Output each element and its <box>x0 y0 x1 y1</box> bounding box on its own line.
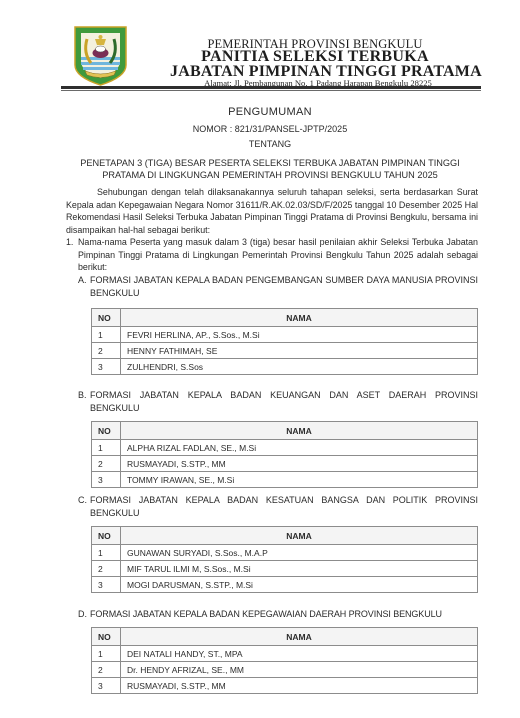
list-item-1: 1. Nama-nama Peserta yang masuk dalam 3 … <box>66 236 478 274</box>
section-title: FORMASI JABATAN KEPALA BADAN KESATUAN BA… <box>90 494 478 519</box>
letterhead-divider-thin <box>61 90 481 91</box>
column-header-nama: NAMA <box>121 628 478 646</box>
bengkulu-coat-of-arms-icon <box>73 25 128 87</box>
cell-no: 2 <box>92 662 121 678</box>
list-item-number: 1. <box>66 236 73 249</box>
letterhead-divider-thick <box>61 86 481 89</box>
section-title: FORMASI JABATAN KEPALA BADAN PENGEMBANGA… <box>90 274 478 299</box>
table-row: 3MOGI DARUSMAN, S.STP., M.Si <box>92 577 478 593</box>
table-row: 2RUSMAYADI, S.STP., MM <box>92 456 478 472</box>
table-row: 3RUSMAYADI, S.STP., MM <box>92 678 478 694</box>
cell-nama: RUSMAYADI, S.STP., MM <box>121 456 478 472</box>
announcement-number: NOMOR : 821/31/PANSEL-JPTP/2025 <box>60 124 480 134</box>
table-row: 1ALPHA RIZAL FADLAN, SE., M.Si <box>92 440 478 456</box>
section-b: B. FORMASI JABATAN KEPALA BADAN KEUANGAN… <box>78 389 478 414</box>
cell-nama: FEVRI HERLINA, AP., S.Sos., M.Si <box>121 327 478 343</box>
table-row: 1FEVRI HERLINA, AP., S.Sos., M.Si <box>92 327 478 343</box>
subject-line-1: PENETAPAN 3 (TIGA) BESAR PESERTA SELEKSI… <box>60 157 480 169</box>
cell-no: 1 <box>92 440 121 456</box>
column-header-no: NO <box>92 628 121 646</box>
section-letter: C. <box>78 494 87 507</box>
table-header-row: NO NAMA <box>92 309 478 327</box>
cell-no: 2 <box>92 561 121 577</box>
table-header-row: NO NAMA <box>92 628 478 646</box>
table-row: 1GUNAWAN SURYADI, S.Sos., M.A.P <box>92 545 478 561</box>
cell-nama: GUNAWAN SURYADI, S.Sos., M.A.P <box>121 545 478 561</box>
section-c: C. FORMASI JABATAN KEPALA BADAN KESATUAN… <box>78 494 478 519</box>
announcement-about-label: TENTANG <box>60 139 480 149</box>
candidates-table-c: NO NAMA 1GUNAWAN SURYADI, S.Sos., M.A.P … <box>91 526 478 593</box>
table-row: 3ZULHENDRI, S.Sos <box>92 359 478 375</box>
list-item-text: Nama-nama Peserta yang masuk dalam 3 (ti… <box>78 236 478 274</box>
announcement-subject: PENETAPAN 3 (TIGA) BESAR PESERTA SELEKSI… <box>60 157 480 181</box>
column-header-nama: NAMA <box>121 309 478 327</box>
section-letter: A. <box>78 274 87 287</box>
candidates-table-b: NO NAMA 1ALPHA RIZAL FADLAN, SE., M.Si 2… <box>91 421 478 488</box>
cell-nama: MIF TARUL ILMI M, S.Sos., M.Si <box>121 561 478 577</box>
candidates-table-d: NO NAMA 1DEI NATALI HANDY, ST., MPA 2Dr.… <box>91 627 478 694</box>
candidates-table-a: NO NAMA 1FEVRI HERLINA, AP., S.Sos., M.S… <box>91 308 478 375</box>
cell-no: 3 <box>92 678 121 694</box>
cell-nama: MOGI DARUSMAN, S.STP., M.Si <box>121 577 478 593</box>
section-letter: D. <box>78 608 87 621</box>
cell-no: 1 <box>92 545 121 561</box>
cell-no: 3 <box>92 577 121 593</box>
table-row: 3TOMMY IRAWAN, SE., M.Si <box>92 472 478 488</box>
section-a: A. FORMASI JABATAN KEPALA BADAN PENGEMBA… <box>78 274 478 299</box>
table-row: 1DEI NATALI HANDY, ST., MPA <box>92 646 478 662</box>
column-header-no: NO <box>92 422 121 440</box>
table-row: 2MIF TARUL ILMI M, S.Sos., M.Si <box>92 561 478 577</box>
cell-nama: RUSMAYADI, S.STP., MM <box>121 678 478 694</box>
cell-nama: Dr. HENDY AFRIZAL, SE., MM <box>121 662 478 678</box>
cell-no: 3 <box>92 359 121 375</box>
column-header-no: NO <box>92 309 121 327</box>
cell-no: 2 <box>92 456 121 472</box>
cell-no: 2 <box>92 343 121 359</box>
column-header-no: NO <box>92 527 121 545</box>
intro-paragraph: Sehubungan dengan telah dilaksanakannya … <box>66 186 478 236</box>
table-header-row: NO NAMA <box>92 527 478 545</box>
cell-no: 1 <box>92 327 121 343</box>
cell-nama: TOMMY IRAWAN, SE., M.Si <box>121 472 478 488</box>
table-row: 2Dr. HENDY AFRIZAL, SE., MM <box>92 662 478 678</box>
cell-no: 1 <box>92 646 121 662</box>
section-title: FORMASI JABATAN KEPALA BADAN KEPEGAWAIAN… <box>90 608 478 621</box>
cell-nama: DEI NATALI HANDY, ST., MPA <box>121 646 478 662</box>
cell-nama: ALPHA RIZAL FADLAN, SE., M.Si <box>121 440 478 456</box>
subject-line-2: PRATAMA DI LINGKUNGAN PEMERINTAH PROVINS… <box>60 169 480 181</box>
announcement-heading: PENGUMUMAN <box>60 106 480 118</box>
column-header-nama: NAMA <box>121 422 478 440</box>
section-title: FORMASI JABATAN KEPALA BADAN KEUANGAN DA… <box>90 389 478 414</box>
section-d: D. FORMASI JABATAN KEPALA BADAN KEPEGAWA… <box>78 608 478 621</box>
column-header-nama: NAMA <box>121 527 478 545</box>
cell-nama: HENNY FATHIMAH, SE <box>121 343 478 359</box>
cell-no: 3 <box>92 472 121 488</box>
table-header-row: NO NAMA <box>92 422 478 440</box>
section-letter: B. <box>78 389 87 402</box>
cell-nama: ZULHENDRI, S.Sos <box>121 359 478 375</box>
intro-text: Sehubungan dengan telah dilaksanakannya … <box>66 187 478 235</box>
table-row: 2HENNY FATHIMAH, SE <box>92 343 478 359</box>
